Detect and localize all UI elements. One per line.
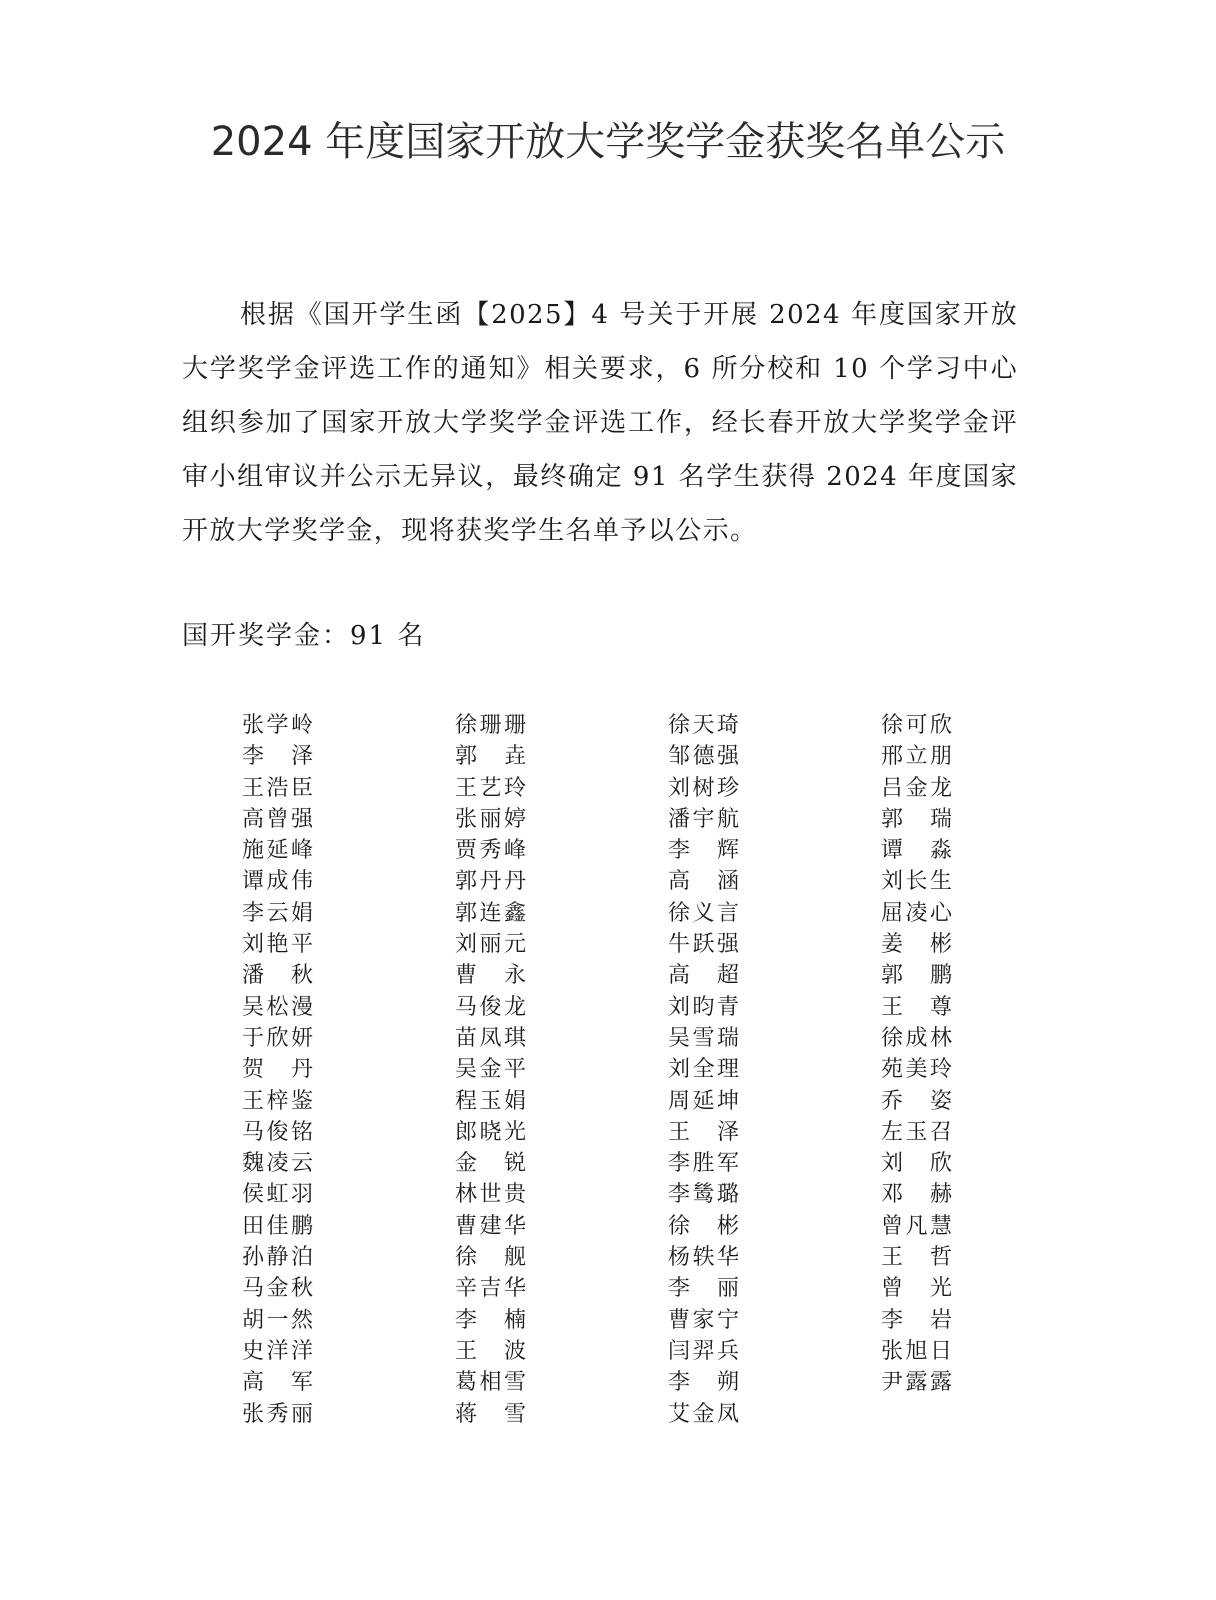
winner-name: 吴雪瑞: [668, 1023, 739, 1054]
winner-name: 高超: [668, 960, 739, 991]
name-column-2: 徐珊珊郭垚王艺玲张丽婷贾秀峰郭丹丹郭连鑫刘丽元曹永马俊龙苗凤琪吴金平程玉娟郎晓光…: [455, 710, 668, 741]
winner-name: 曹家宁: [668, 1305, 739, 1336]
winner-name: 马俊龙: [455, 992, 526, 1023]
winner-name: 田佳鹏: [242, 1211, 313, 1242]
winner-name: 侯虹羽: [242, 1179, 313, 1210]
winner-name: 姜彬: [881, 929, 952, 960]
winner-name: 牛跃强: [668, 929, 739, 960]
winner-name: 杨轶华: [668, 1242, 739, 1273]
winner-name: 邓赫: [881, 1179, 952, 1210]
winner-name: 徐义言: [668, 898, 739, 929]
winner-name: 张学岭: [242, 710, 313, 741]
winner-name: 尹露露: [881, 1367, 952, 1398]
winner-name: 马俊铭: [242, 1117, 313, 1148]
name-column-4: 徐可欣邢立朋吕金龙郭瑞谭淼刘长生屈凌心姜彬郭鹏王尊徐成林苑美玲乔姿左玉召刘欣邓赫…: [881, 710, 1094, 741]
winner-name: 苑美玲: [881, 1054, 952, 1085]
winner-name: 吕金龙: [881, 773, 952, 804]
winner-name: 孙静泊: [242, 1242, 313, 1273]
winner-name: 郎晓光: [455, 1117, 526, 1148]
winner-name: 郭连鑫: [455, 898, 526, 929]
winner-name: 马金秋: [242, 1273, 313, 1304]
winner-name: 贺丹: [242, 1054, 313, 1085]
winner-name: 施延峰: [242, 835, 313, 866]
winner-name: 王泽: [668, 1117, 739, 1148]
winner-name: 闫羿兵: [668, 1336, 739, 1367]
winner-name: 徐舰: [455, 1242, 526, 1273]
winner-name: 辛吉华: [455, 1273, 526, 1304]
winner-name: 李丽: [668, 1273, 739, 1304]
winner-name: 周延坤: [668, 1086, 739, 1117]
winner-name: 王梓鉴: [242, 1086, 313, 1117]
winner-name: 刘丽元: [455, 929, 526, 960]
name-column-3: 徐天琦邹德强刘树珍潘宇航李辉高涵徐义言牛跃强高超刘昀青吴雪瑞刘全理周延坤王泽李胜…: [668, 710, 881, 741]
winner-name: 程玉娟: [455, 1086, 526, 1117]
winner-name: 吴松漫: [242, 992, 313, 1023]
winner-name: 王尊: [881, 992, 952, 1023]
winner-name: 刘艳平: [242, 929, 313, 960]
winner-name: 徐成林: [881, 1023, 952, 1054]
winner-name: 郭瑞: [881, 804, 952, 835]
winner-name: 曾光: [881, 1273, 952, 1304]
winner-name: 谭成伟: [242, 866, 313, 897]
winner-name: 邹德强: [668, 741, 739, 772]
winner-name: 贾秀峰: [455, 835, 526, 866]
winner-name: 胡一然: [242, 1305, 313, 1336]
winner-name: 刘全理: [668, 1054, 739, 1085]
winner-name: 王浩臣: [242, 773, 313, 804]
winner-name: 郭垚: [455, 741, 526, 772]
page-title: 2024 年度国家开放大学奖学金获奖名单公示: [0, 112, 1216, 172]
winner-name: 李朔: [668, 1367, 739, 1398]
winner-name: 徐珊珊: [455, 710, 526, 741]
winner-name: 王波: [455, 1336, 526, 1367]
winner-name: 谭淼: [881, 835, 952, 866]
winner-name: 曹建华: [455, 1211, 526, 1242]
winner-name: 徐可欣: [881, 710, 952, 741]
winner-name: 徐彬: [668, 1211, 739, 1242]
winner-name: 于欣妍: [242, 1023, 313, 1054]
winner-name: 邢立朋: [881, 741, 952, 772]
name-column-1: 张学岭李泽王浩臣高曾强施延峰谭成伟李云娟刘艳平潘秋吴松漫于欣妍贺丹王梓鉴马俊铭魏…: [242, 710, 455, 741]
winner-name: 苗凤琪: [455, 1023, 526, 1054]
winner-name: 林世贵: [455, 1179, 526, 1210]
winner-name: 高军: [242, 1367, 313, 1398]
announcement-paragraph: 根据《国开学生函【2025】4 号关于开展 2024 年度国家开放大学奖学金评选…: [182, 288, 1018, 558]
winner-name: 葛相雪: [455, 1367, 526, 1398]
winner-name: 李楠: [455, 1305, 526, 1336]
winner-name: 艾金凤: [668, 1399, 739, 1430]
winner-name: 高曾强: [242, 804, 313, 835]
winner-name: 李辉: [668, 835, 739, 866]
winner-name: 蒋雪: [455, 1399, 526, 1430]
winner-name: 曹永: [455, 960, 526, 991]
winner-name: 史洋洋: [242, 1336, 313, 1367]
winner-name: 李胜军: [668, 1148, 739, 1179]
winner-name: 徐天琦: [668, 710, 739, 741]
winner-name: 左玉召: [881, 1117, 952, 1148]
winner-name: 潘宇航: [668, 804, 739, 835]
winner-name: 高涵: [668, 866, 739, 897]
winner-name: 潘秋: [242, 960, 313, 991]
winner-name: 吴金平: [455, 1054, 526, 1085]
winner-name: 屈凌心: [881, 898, 952, 929]
winner-name: 李岩: [881, 1305, 952, 1336]
winner-name: 王艺玲: [455, 773, 526, 804]
winner-name: 李云娟: [242, 898, 313, 929]
winner-name: 张旭日: [881, 1336, 952, 1367]
winner-name: 刘长生: [881, 866, 952, 897]
winner-name: 王哲: [881, 1242, 952, 1273]
winner-name: 金锐: [455, 1148, 526, 1179]
winner-name: 乔姿: [881, 1086, 952, 1117]
winner-name: 刘欣: [881, 1148, 952, 1179]
winner-name: 张秀丽: [242, 1399, 313, 1430]
winner-name: 刘昀青: [668, 992, 739, 1023]
winner-name: 魏凌云: [242, 1148, 313, 1179]
winner-name: 刘树珍: [668, 773, 739, 804]
award-summary: 国开奖学金：91 名: [182, 614, 425, 658]
winner-name: 郭鹏: [881, 960, 952, 991]
winner-name: 李鸶璐: [668, 1179, 739, 1210]
winner-name: 曾凡慧: [881, 1211, 952, 1242]
winner-name: 李泽: [242, 741, 313, 772]
winner-name: 张丽婷: [455, 804, 526, 835]
winner-name-list: 张学岭李泽王浩臣高曾强施延峰谭成伟李云娟刘艳平潘秋吴松漫于欣妍贺丹王梓鉴马俊铭魏…: [242, 710, 1094, 741]
winner-name: 郭丹丹: [455, 866, 526, 897]
